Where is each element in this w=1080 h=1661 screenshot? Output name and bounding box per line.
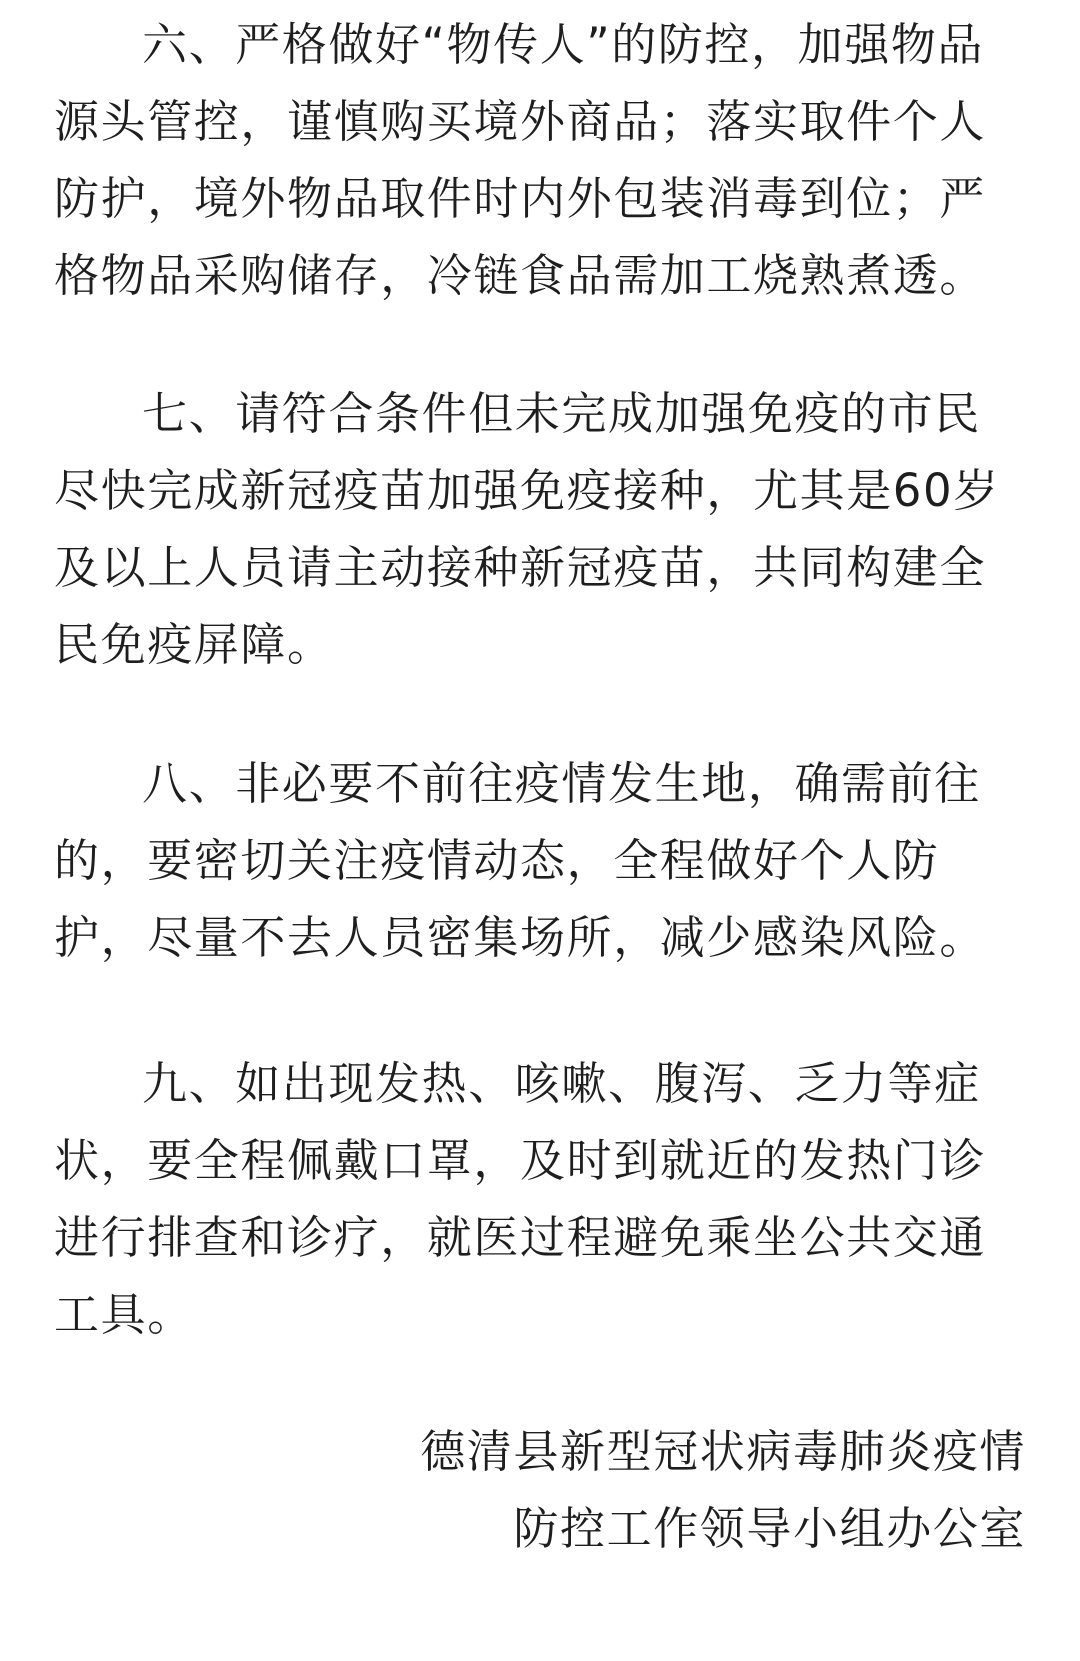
- paragraph-line: 护，尽量不去人员密集场所，减少感染风险。: [54, 899, 1026, 976]
- paragraph-line: 七、请符合条件但未完成加强免疫的市民: [54, 375, 1026, 452]
- paragraph-six: 六、严格做好“物传人”的防控，加强物品 源头管控，谨慎购买境外商品；落实取件个人…: [54, 6, 1026, 314]
- paragraph-line: 进行排查和诊疗，就医过程避免乘坐公共交通: [54, 1199, 1026, 1276]
- paragraph-line: 工具。: [54, 1276, 1026, 1353]
- paragraph-line: 源头管控，谨慎购买境外商品；落实取件个人: [54, 83, 1026, 160]
- paragraph-eight: 八、非必要不前往疫情发生地，确需前往 的，要密切关注疫情动态，全程做好个人防 护…: [54, 745, 1026, 976]
- paragraph-line: 六、严格做好“物传人”的防控，加强物品: [54, 6, 1026, 83]
- signature-line-2: 防控工作领导小组办公室: [513, 1490, 1026, 1567]
- signature-line-1: 德清县新型冠状病毒肺炎疫情: [420, 1413, 1026, 1490]
- paragraph-nine: 九、如出现发热、咳嗽、腹泻、乏力等症 状，要全程佩戴口罩，及时到就近的发热门诊 …: [54, 1045, 1026, 1353]
- paragraph-line: 尽快完成新冠疫苗加强免疫接种，尤其是60岁: [54, 452, 1026, 529]
- paragraph-line: 八、非必要不前往疫情发生地，确需前往: [54, 745, 1026, 822]
- paragraph-line: 格物品采购储存，冷链食品需加工烧熟煮透。: [54, 237, 1026, 314]
- paragraph-line: 状，要全程佩戴口罩，及时到就近的发热门诊: [54, 1122, 1026, 1199]
- paragraph-line: 九、如出现发热、咳嗽、腹泻、乏力等症: [54, 1045, 1026, 1122]
- paragraph-seven: 七、请符合条件但未完成加强免疫的市民 尽快完成新冠疫苗加强免疫接种，尤其是60岁…: [54, 375, 1026, 683]
- paragraph-line: 民免疫屏障。: [54, 606, 1026, 683]
- paragraph-line: 的，要密切关注疫情动态，全程做好个人防: [54, 822, 1026, 899]
- paragraph-line: 及以上人员请主动接种新冠疫苗，共同构建全: [54, 529, 1026, 606]
- paragraph-line: 防护，境外物品取件时内外包装消毒到位；严: [54, 160, 1026, 237]
